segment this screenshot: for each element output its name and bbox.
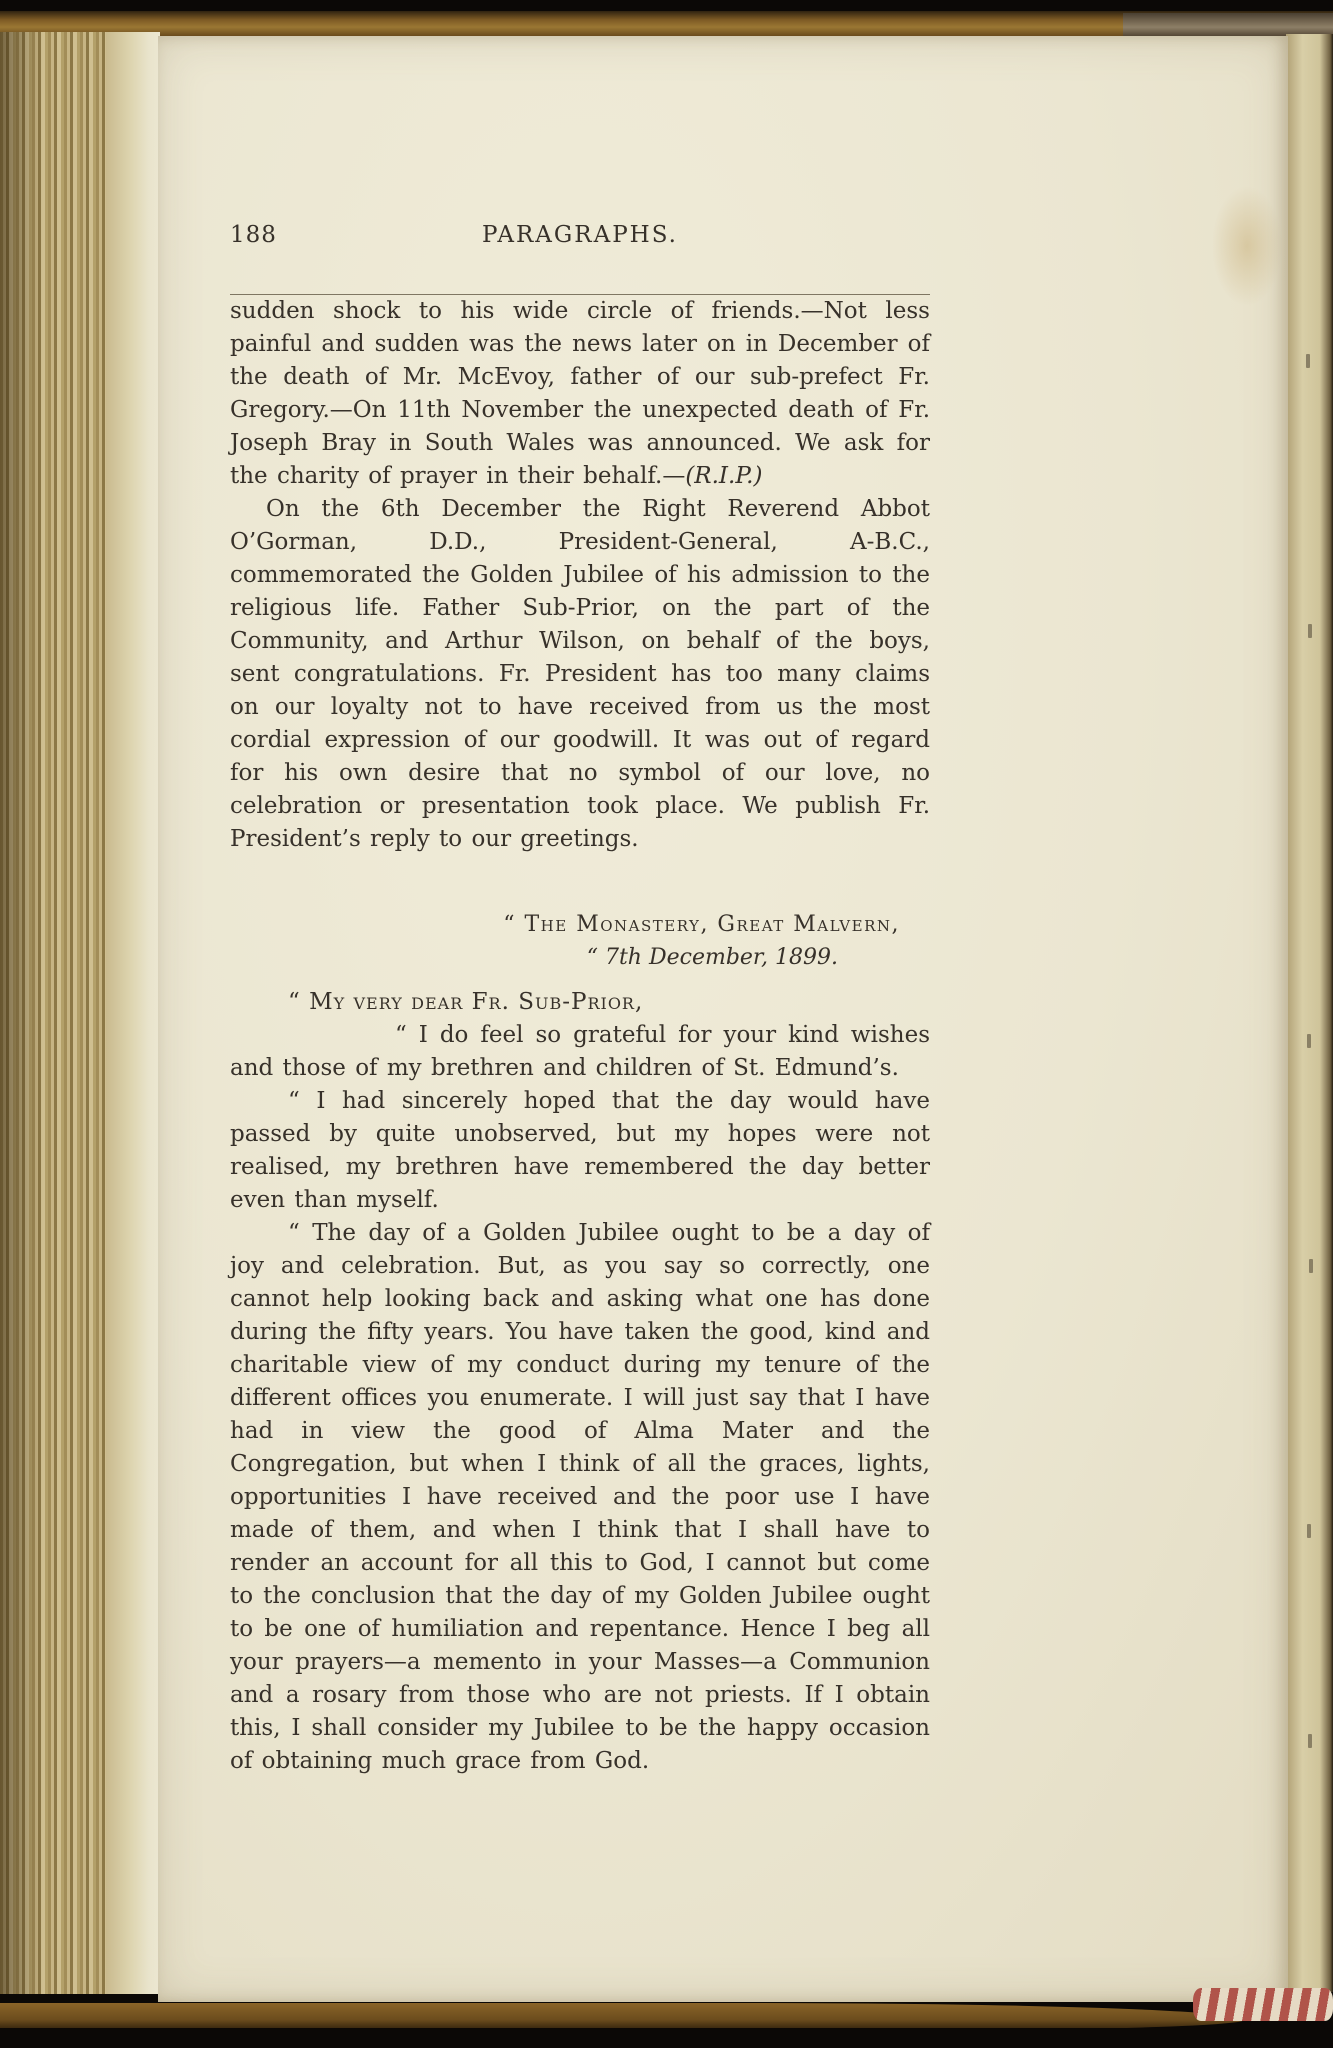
paragraph-text: sudden shock to his wide circle of frien… [230,298,930,489]
letter-paragraph: “ I had sincerely hoped that the day wou… [230,1085,930,1217]
rip-abbreviation: (R.I.P.) [685,463,762,489]
edge-mark [1308,1734,1312,1748]
edge-mark [1307,1034,1311,1048]
book-tailband [1193,1988,1333,2021]
letter-paragraph: “ I do feel so grateful for your kind wi… [230,1019,930,1085]
left-page-edges [0,32,108,1994]
edge-mark [1309,1259,1313,1273]
letter-paragraph: “ The day of a Golden Jubilee ought to b… [230,1217,930,1778]
book-cover-bottom-edge [0,2003,1245,2031]
book-page: 188 PARAGRAPHS. sudden shock to his wide… [158,36,1288,2002]
body-text: sudden shock to his wide circle of frien… [230,295,930,856]
letter-salutation: “ My very dear Fr. Sub-Prior, [230,986,930,1019]
photo-background-bottom [0,2028,1333,2048]
running-title: PARAGRAPHS. [230,222,930,248]
right-page-edges [1286,34,1333,1992]
book-photo: 188 PARAGRAPHS. sudden shock to his wide… [0,0,1333,2048]
edge-mark [1307,1524,1311,1538]
letter-address: “ The Monastery, Great Malvern, [230,908,930,941]
page-header: 188 PARAGRAPHS. [230,222,930,256]
paragraph: On the 6th December the Right Reverend A… [230,493,930,856]
page-content: 188 PARAGRAPHS. sudden shock to his wide… [158,36,1288,1778]
letter: “ The Monastery, Great Malvern, “ 7th De… [230,908,930,1778]
page-stain [1212,186,1282,306]
paragraph: sudden shock to his wide circle of frien… [230,295,930,493]
letter-date: “ 7th December, 1899. [230,941,930,974]
edge-mark [1306,354,1310,368]
left-page-edges-fade [106,32,160,1994]
edge-mark [1308,624,1312,638]
